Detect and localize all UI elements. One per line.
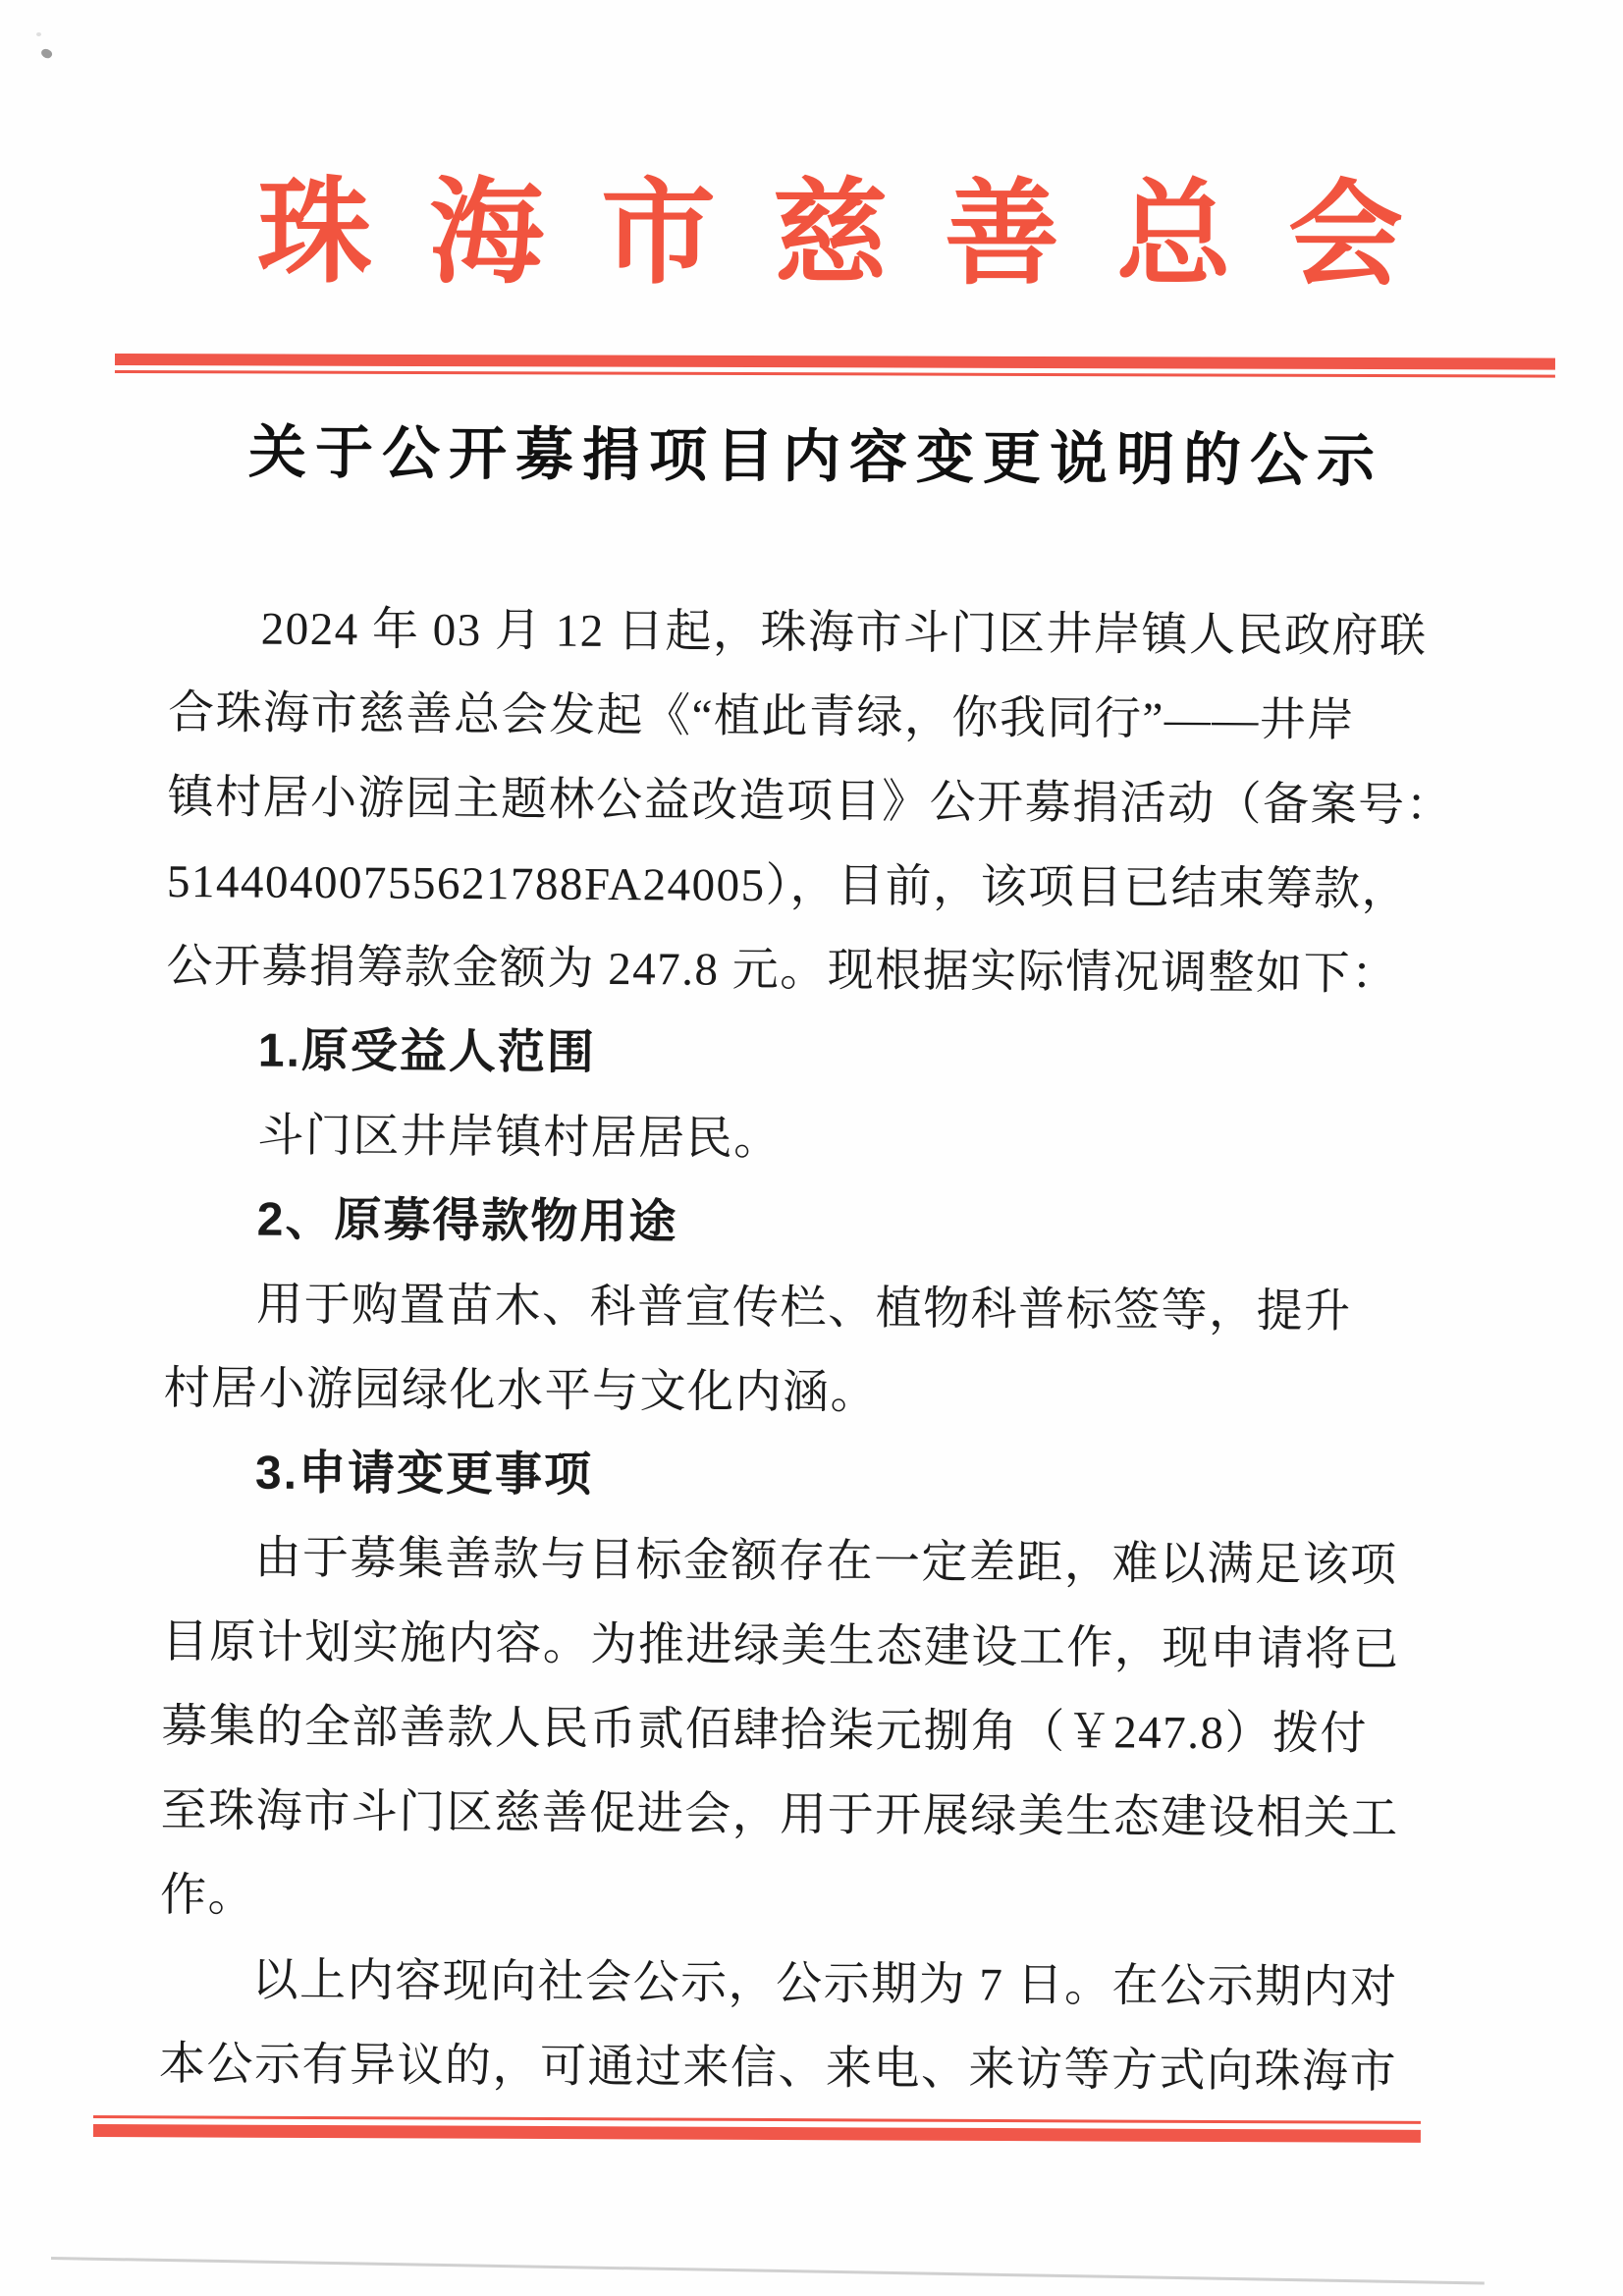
body-line: 2、原募得款物用途 (164, 1177, 1471, 1271)
body-line: 2024 年 03 月 12 日起，珠海市斗门区井岸镇人民政府联 (168, 586, 1475, 680)
organization-letterhead-title: 珠海市慈善总会 (0, 151, 1623, 320)
body-line: 由于募集善款与目标金额存在一定差距，难以满足该项 (162, 1515, 1469, 1609)
body-line: 斗门区井岸镇村居居民。 (165, 1093, 1472, 1186)
body-line: 3.申请变更事项 (163, 1431, 1470, 1524)
body-line: 村居小游园绿化水平与文化内涵。 (163, 1346, 1470, 1440)
body-line: 至珠海市斗门区慈善促进会，用于开展绿美生态建设相关工 (160, 1769, 1467, 1862)
scanned-document-page: 珠海市慈善总会 关于公开募捐项目内容变更说明的公示 2024 年 03 月 12… (0, 0, 1623, 2296)
body-line: 以上内容现向社会公示，公示期为 7 日。在公示期内对 (159, 1938, 1466, 2031)
body-line: 目原计划实施内容。为推进绿美生态建设工作，现申请将已 (162, 1600, 1469, 1693)
letterhead-divider-bottom (93, 2115, 1421, 2143)
body-line: 本公示有异议的，可通过来信、来电、来访等方式向珠海市 (159, 2022, 1466, 2115)
scan-edge-line (51, 2257, 1485, 2284)
document-title: 关于公开募捐项目内容变更说明的公示 (0, 410, 1623, 504)
body-line: 合珠海市慈善总会发起《“植此青绿，你我同行”——井岸 (168, 671, 1475, 764)
body-line: 募集的全部善款人民币贰佰肆拾柒元捌角（￥247.8）拨付 (161, 1684, 1468, 1777)
body-line: 公开募捐筹款金额为 247.8 元。现根据实际情况调整如下： (166, 924, 1473, 1017)
body-line: 作。 (160, 1853, 1467, 1946)
letterhead-divider-top (115, 354, 1555, 378)
body-line: 1.原受益人范围 (166, 1009, 1473, 1102)
body-line: 镇村居小游园主题林公益改造项目》公开募捐活动（备案号： (167, 755, 1474, 848)
scan-artifact-dot-faint (36, 32, 41, 36)
document-body: 2024 年 03 月 12 日起，珠海市斗门区井岸镇人民政府联合珠海市慈善总会… (159, 586, 1475, 2115)
scan-artifact-dot (39, 47, 53, 61)
body-line: 51440400755621788FA24005），目前，该项目已结束筹款， (167, 840, 1474, 933)
body-line: 用于购置苗木、科普宣传栏、植物科普标签等，提升 (164, 1262, 1471, 1355)
